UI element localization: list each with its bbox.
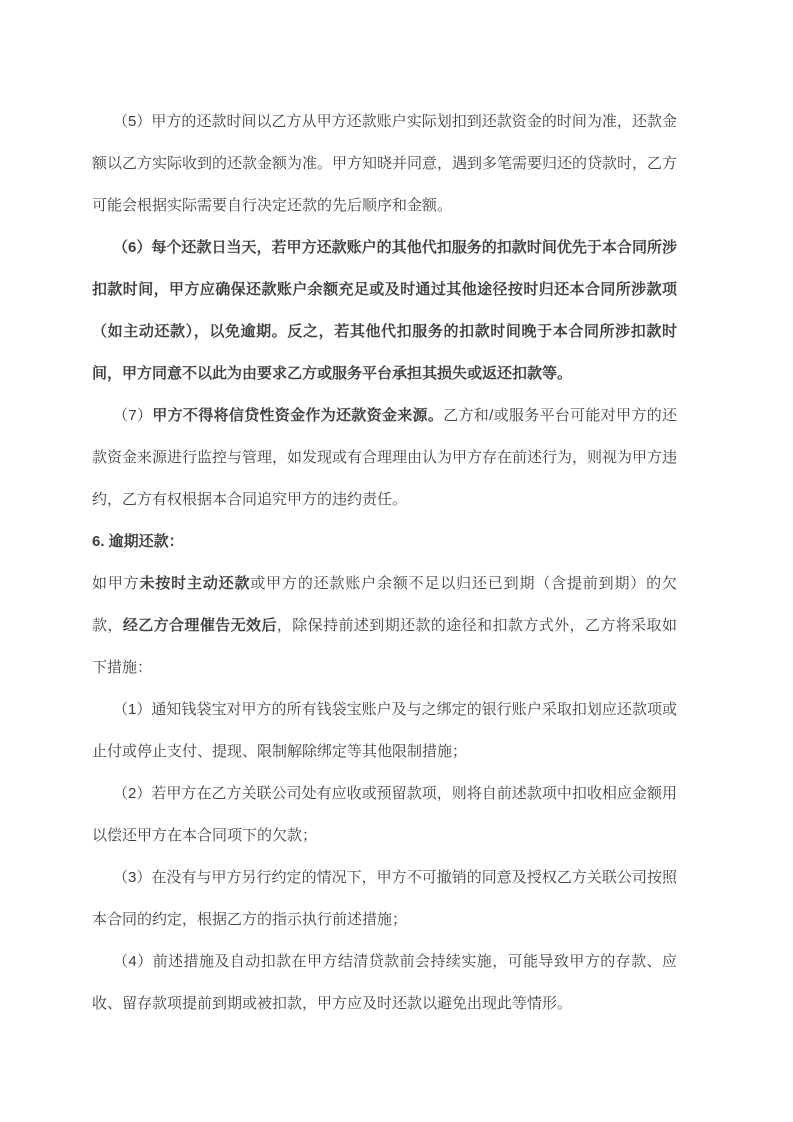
measure-3-irrevocable-authorization: （3）在没有与甲方另行约定的情况下，甲方不可撤销的同意及授权乙方关联公司按照本合… (92, 857, 677, 941)
clause-6-deduction-priority: （6）每个还款日当天，若甲方还款账户的其他代扣服务的扣款时间优先于本合同所涉扣款… (92, 227, 677, 395)
overdue-repayment-intro: 如甲方未按时主动还款或甲方的还款账户余额不足以归还已到期（含提前到期）的欠款，经… (92, 563, 677, 689)
measure-2-affiliate-deduction: （2）若甲方在乙方关联公司处有应收或预留款项，则将自前述款项中扣收相应金额用以偿… (92, 773, 677, 857)
text-segment: （4）前述措施及自动扣款在甲方结清贷款前会持续实施，可能导致甲方的存款、应收、留… (92, 953, 677, 1012)
bold-text-segment: 经乙方合理催告无效后 (123, 617, 277, 634)
text-segment: （7） (113, 407, 152, 424)
text-segment: （3）在没有与甲方另行约定的情况下，甲方不可撤销的同意及授权乙方关联公司按照本合… (92, 869, 677, 928)
measure-1-qiandaibao-restriction: （1）通知钱袋宝对甲方的所有钱袋宝账户及与之绑定的银行账户采取扣划应还款项或止付… (92, 689, 677, 773)
bold-text-segment: 未按时主动还款 (140, 575, 251, 592)
clause-5-repayment-time: （5）甲方的还款时间以乙方从甲方还款账户实际划扣到还款资金的时间为准，还款金额以… (92, 101, 677, 227)
measure-4-continuous-enforcement: （4）前述措施及自动扣款在甲方结清贷款前会持续实施，可能导致甲方的存款、应收、留… (92, 941, 677, 1025)
text-segment: （5）甲方的还款时间以乙方从甲方还款账户实际划扣到还款资金的时间为准，还款金额以… (92, 113, 677, 214)
text-segment: （1）通知钱袋宝对甲方的所有钱袋宝账户及与之绑定的银行账户采取扣划应还款项或止付… (92, 701, 677, 760)
document-page: （5）甲方的还款时间以乙方从甲方还款账户实际划扣到还款资金的时间为准，还款金额以… (0, 0, 793, 1122)
contract-body: （5）甲方的还款时间以乙方从甲方还款账户实际划扣到还款资金的时间为准，还款金额以… (92, 101, 677, 1025)
bold-text-segment: （6）每个还款日当天，若甲方还款账户的其他代扣服务的扣款时间优先于本合同所涉扣款… (92, 239, 677, 382)
bold-text-segment: 甲方不得将信贷性资金作为还款资金来源。 (152, 407, 443, 424)
text-segment: （2）若甲方在乙方关联公司处有应收或预留款项，则将自前述款项中扣收相应金额用以偿… (92, 785, 677, 844)
bold-text-segment: 6. 逾期还款： (92, 533, 184, 550)
text-segment: 如甲方 (92, 575, 140, 592)
clause-7-credit-funds-forbidden: （7）甲方不得将信贷性资金作为还款资金来源。乙方和/或服务平台可能对甲方的还款资… (92, 395, 677, 521)
section-6-overdue-repayment-heading: 6. 逾期还款： (92, 521, 677, 563)
